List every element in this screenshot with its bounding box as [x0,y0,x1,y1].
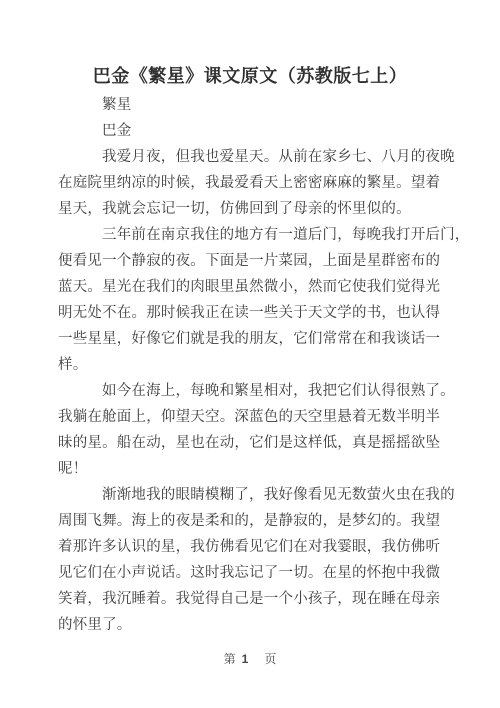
paragraph: 我爱月夜，但我也爱星天。从前在家乡七、八月的夜晚 在庭院里纳凉的时候，我最爱看天… [58,144,448,222]
text-line: 星天，我就会忘记一切，仿佛回到了母亲的怀里似的。 [58,196,448,222]
text-line: 笑着，我沉睡着。我觉得自己是一个小孩子，现在睡在母亲 [58,586,448,612]
author-line: 巴金 [58,118,448,144]
document-page: 巴金《繁星》课文原文（苏教版七上） 繁星 巴金 我爱月夜，但我也爱星天。从前在家… [0,0,500,708]
text-line: 我爱月夜，但我也爱星天。从前在家乡七、八月的夜晚 [58,144,448,170]
page-footer: 第1页 [0,650,500,667]
text-line: 渐渐地我的眼睛模糊了，我好像看见无数萤火虫在我的 [58,482,448,508]
text-line: 蓝天。星光在我们的肉眼里虽然微小，然而它使我们觉得光 [58,274,448,300]
text-line: 见它们在小声说话。这时我忘记了一切。在星的怀抱中我微 [58,560,448,586]
footer-label-prefix: 第 [224,652,236,666]
subtitle-line: 繁星 [58,92,448,118]
text-line: 昧的星。船在动，星也在动，它们是这样低，真是摇摇欲坠 [58,430,448,456]
text-line: 在庭院里纳凉的时候，我最爱看天上密密麻麻的繁星。望着 [58,170,448,196]
text-line: 一些星星，好像它们就是我的朋友，它们常常在和我谈话一 [58,326,448,352]
text-line: 如今在海上，每晚和繁星相对，我把它们认得很熟了。 [58,378,448,404]
text-line: 三年前在南京我住的地方有一道后门，每晚我打开后门， [58,222,448,248]
page-title: 巴金《繁星》课文原文（苏教版七上） [0,62,500,88]
paragraph: 三年前在南京我住的地方有一道后门，每晚我打开后门， 便看见一个静寂的夜。下面是一… [58,222,448,378]
text-line: 我躺在舱面上，仰望天空。深蓝色的天空里悬着无数半明半 [58,404,448,430]
footer-label-suffix: 页 [264,652,276,666]
text-line: 着那许多认识的星，我仿佛看见它们在对我霎眼，我仿佛听 [58,534,448,560]
text-line: 的怀里了。 [58,612,448,638]
text-line: 明无处不在。那时候我正在读一些关于天文学的书，也认得 [58,300,448,326]
paragraph: 渐渐地我的眼睛模糊了，我好像看见无数萤火虫在我的 周围飞舞。海上的夜是柔和的，是… [58,482,448,638]
text-line: 样。 [58,352,448,378]
document-body: 繁星 巴金 我爱月夜，但我也爱星天。从前在家乡七、八月的夜晚 在庭院里纳凉的时候… [58,92,448,638]
text-line: 周围飞舞。海上的夜是柔和的，是静寂的，是梦幻的。我望 [58,508,448,534]
paragraph: 如今在海上，每晚和繁星相对，我把它们认得很熟了。 我躺在舱面上，仰望天空。深蓝色… [58,378,448,482]
page-number: 1 [242,652,249,666]
text-line: 便看见一个静寂的夜。下面是一片菜园，上面是星群密布的 [58,248,448,274]
text-line: 呢！ [58,456,448,482]
